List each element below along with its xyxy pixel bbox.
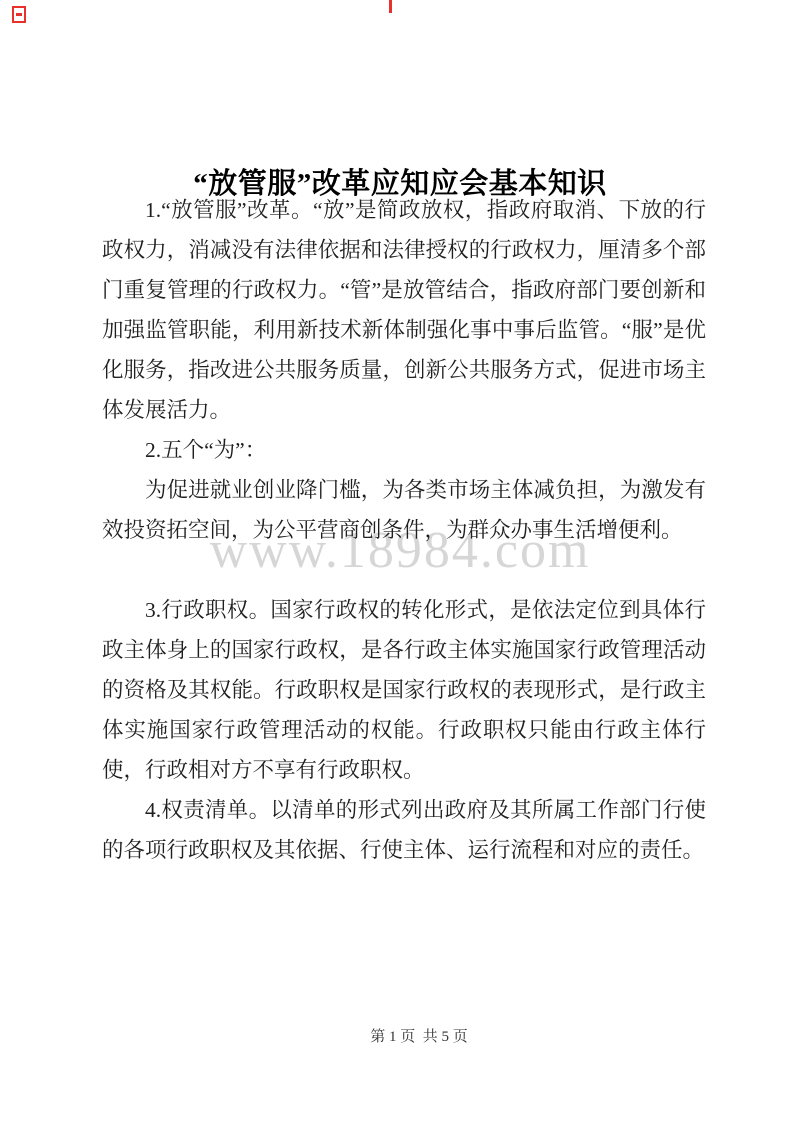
document-body: 1.“放管服”改革。“放”是简政放权，指政府取消、下放的行政权力，消减没有法律依… [102, 190, 706, 870]
red-cursor-mark-icon [389, 0, 392, 13]
red-stamp-mark-icon [12, 6, 26, 23]
paragraph-3: 为促进就业创业降门槛，为各类市场主体减负担，为激发有效投资拓空间，为公平营商创条… [102, 470, 706, 550]
paragraph-1: 1.“放管服”改革。“放”是简政放权，指政府取消、下放的行政权力，消减没有法律依… [102, 190, 706, 430]
paragraph-5: 4.权责清单。以清单的形式列出政府及其所属工作部门行使的各项行政职权及其依据、行… [102, 790, 706, 870]
page-number-footer: 第 1 页 共 5 页 [0, 1026, 800, 1048]
paragraph-2: 2.五个“为”： [102, 430, 706, 470]
document-page: www.18984.com “放管服”改革应知应会基本知识 1.“放管服”改革。… [0, 0, 800, 1132]
paragraph-4: 3.行政职权。国家行政权的转化形式，是依法定位到具体行政主体身上的国家行政权，是… [102, 590, 706, 790]
